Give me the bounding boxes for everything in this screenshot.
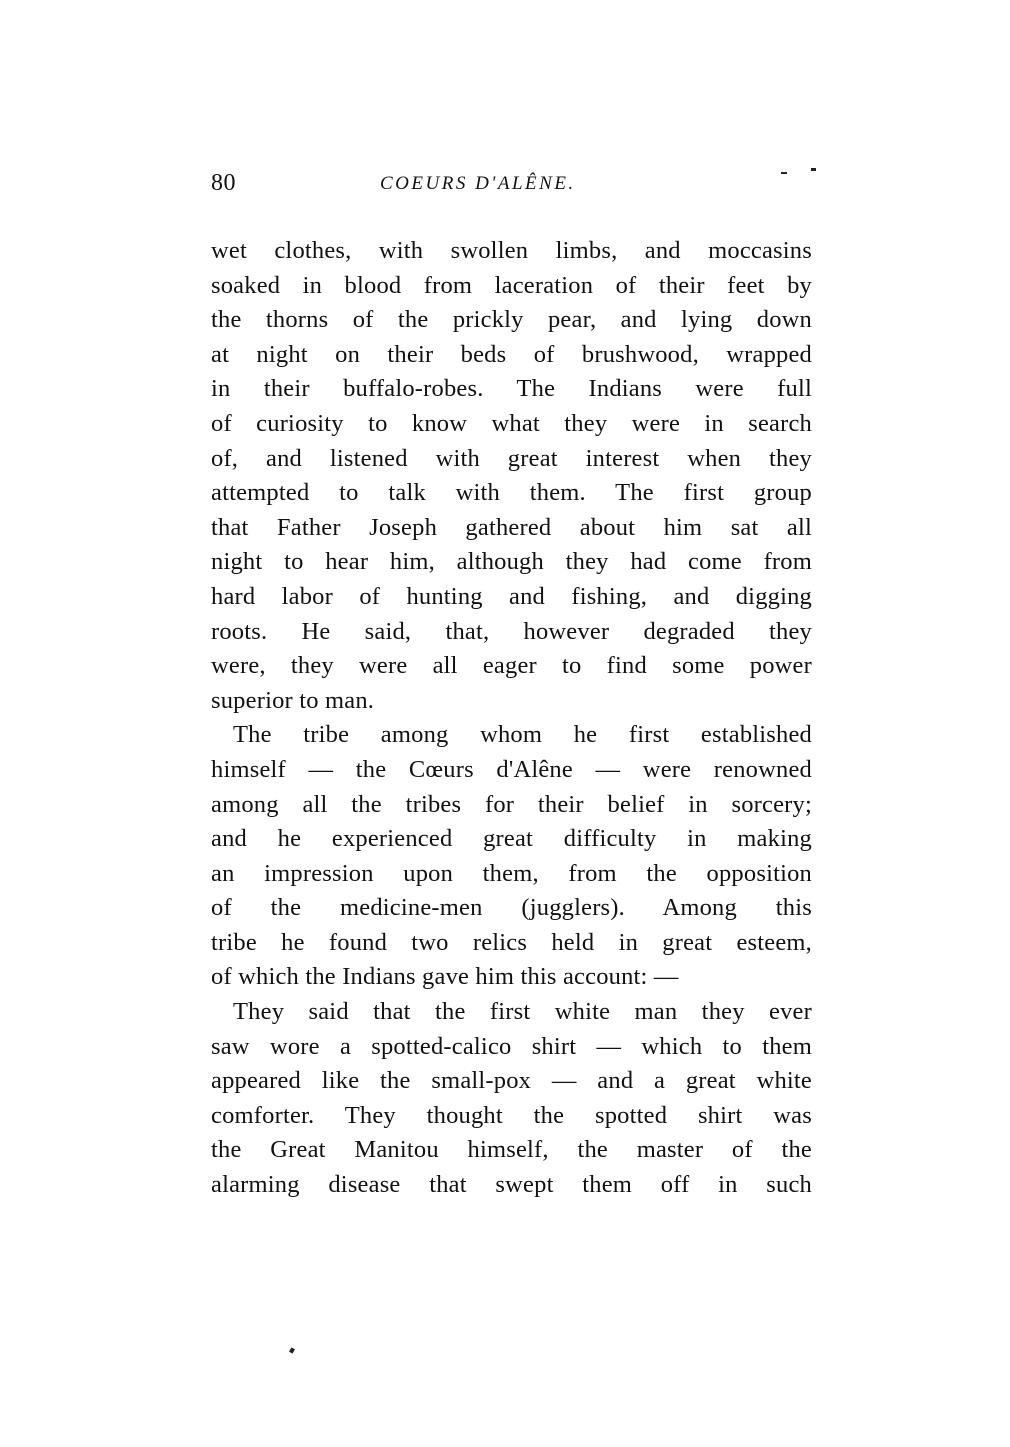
ink-speck [289,1347,295,1353]
text-line: of which the Indians gave him this accou… [211,960,812,995]
text-line: of curiosity to know what they were in s… [211,407,812,442]
text-line: appeared like the small-pox — and a grea… [211,1064,812,1099]
text-line: tribe he found two relics held in great … [211,926,812,961]
text-line: superior to man. [211,684,812,719]
page-number: 80 [211,168,236,198]
paragraph-2: The tribe among whom he first establishe… [211,718,812,995]
text-line: and he experienced great difficulty in m… [211,822,812,857]
text-line: among all the tribes for their belief in… [211,788,812,823]
text-line: in their buffalo-robes. The Indians were… [211,372,812,407]
text-line: that Father Joseph gathered about him sa… [211,511,812,546]
print-mark [781,172,787,174]
text-line: an impression upon them, from the opposi… [211,857,812,892]
text-line: comforter. They thought the spotted shir… [211,1099,812,1134]
text-line: roots. He said, that, however degraded t… [211,615,812,650]
text-line: the Great Manitou himself, the master of… [211,1133,812,1168]
text-line: wet clothes, with swollen limbs, and moc… [211,234,812,269]
text-line: The tribe among whom he first establishe… [211,718,812,753]
text-line: soaked in blood from laceration of their… [211,269,812,304]
text-line: hard labor of hunting and fishing, and d… [211,580,812,615]
text-line: of, and listened with great interest whe… [211,442,812,477]
paragraph-3: They said that the first white man they … [211,995,812,1203]
print-mark [811,168,816,171]
running-head: 80 COEURS D'ALÊNE. [211,168,811,198]
text-line: of the medicine-men (jugglers). Among th… [211,891,812,926]
text-line: the thorns of the prickly pear, and lyin… [211,303,812,338]
text-line: himself — the Cœurs d'Alêne — were renow… [211,753,812,788]
paragraph-1: wet clothes, with swollen limbs, and moc… [211,234,812,718]
text-line: attempted to talk with them. The first g… [211,476,812,511]
text-line: night to hear him, although they had com… [211,545,812,580]
text-line: alarming disease that swept them off in … [211,1168,812,1203]
body-text: wet clothes, with swollen limbs, and moc… [211,234,812,1203]
text-line: were, they were all eager to find some p… [211,649,812,684]
text-line: saw wore a spotted-calico shirt — which … [211,1030,812,1065]
running-title: COEURS D'ALÊNE. [380,170,576,198]
text-line: They said that the first white man they … [211,995,812,1030]
book-page: 80 COEURS D'ALÊNE. wet clothes, with swo… [0,0,1010,1447]
text-line: at night on their beds of brushwood, wra… [211,338,812,373]
